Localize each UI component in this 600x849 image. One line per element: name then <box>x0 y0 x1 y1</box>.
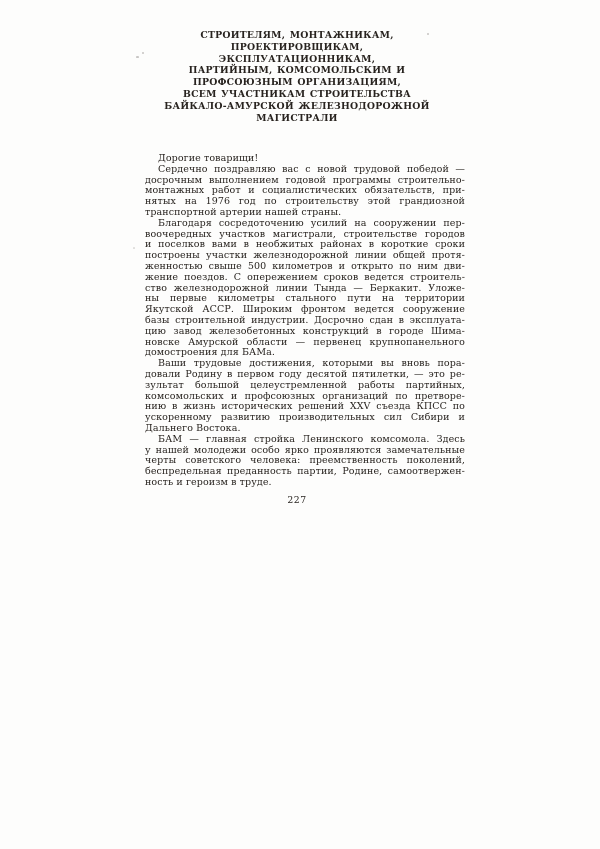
body-text: Дорогие товарищи!Сердечно поздравляю вас… <box>145 154 465 489</box>
scan-speck <box>136 56 139 58</box>
text-line: Сердечно поздравляю вас с новой трудовой… <box>145 165 465 176</box>
text-line: БАМ — главная стройка Ленинского комсомо… <box>145 435 465 446</box>
title-line: ПАРТИЙНЫМ, КОМСОМОЛЬСКИМ И <box>157 65 437 77</box>
paragraph: Благодаря сосредоточению усилий на соору… <box>145 219 465 359</box>
title-line: ПРОФСОЮЗНЫМ ОРГАНИЗАЦИЯМ, <box>157 77 437 89</box>
paragraph: Сердечно поздравляю вас с новой трудовой… <box>145 165 465 219</box>
text-line: Благодаря сосредоточению усилий на соору… <box>145 219 465 230</box>
scan-speck <box>142 52 144 54</box>
text-line: ность и героизм в труде. <box>145 478 465 489</box>
book-page: СТРОИТЕЛЯМ, МОНТАЖНИКАМ,ПРОЕКТИРОВЩИКАМ,… <box>0 0 600 849</box>
title-line: МАГИСТРАЛИ <box>157 113 437 125</box>
scan-speck <box>133 247 135 249</box>
title-line: ПРОЕКТИРОВЩИКАМ, ЭКСПЛУАТАЦИОННИКАМ, <box>157 42 437 66</box>
text-line: жение поездов. С опережением сроков веде… <box>145 273 465 284</box>
paragraph: БАМ — главная стройка Ленинского комсомо… <box>145 435 465 489</box>
title-line: БАЙКАЛО-АМУРСКОЙ ЖЕЛЕЗНОДОРОЖНОЙ <box>157 101 437 113</box>
page-number: 227 <box>145 495 449 506</box>
text-line: цию завод железобетонных конструкций в г… <box>145 327 465 338</box>
title-line: СТРОИТЕЛЯМ, МОНТАЖНИКАМ, <box>157 30 437 42</box>
title-line: ВСЕМ УЧАСТНИКАМ СТРОИТЕЛЬСТВА <box>157 89 437 101</box>
paragraph: Ваши трудовые достижения, которыми вы вн… <box>145 359 465 435</box>
text-line: зультат большой целеустремленной работы … <box>145 381 465 392</box>
document-title: СТРОИТЕЛЯМ, МОНТАЖНИКАМ,ПРОЕКТИРОВЩИКАМ,… <box>157 30 437 124</box>
